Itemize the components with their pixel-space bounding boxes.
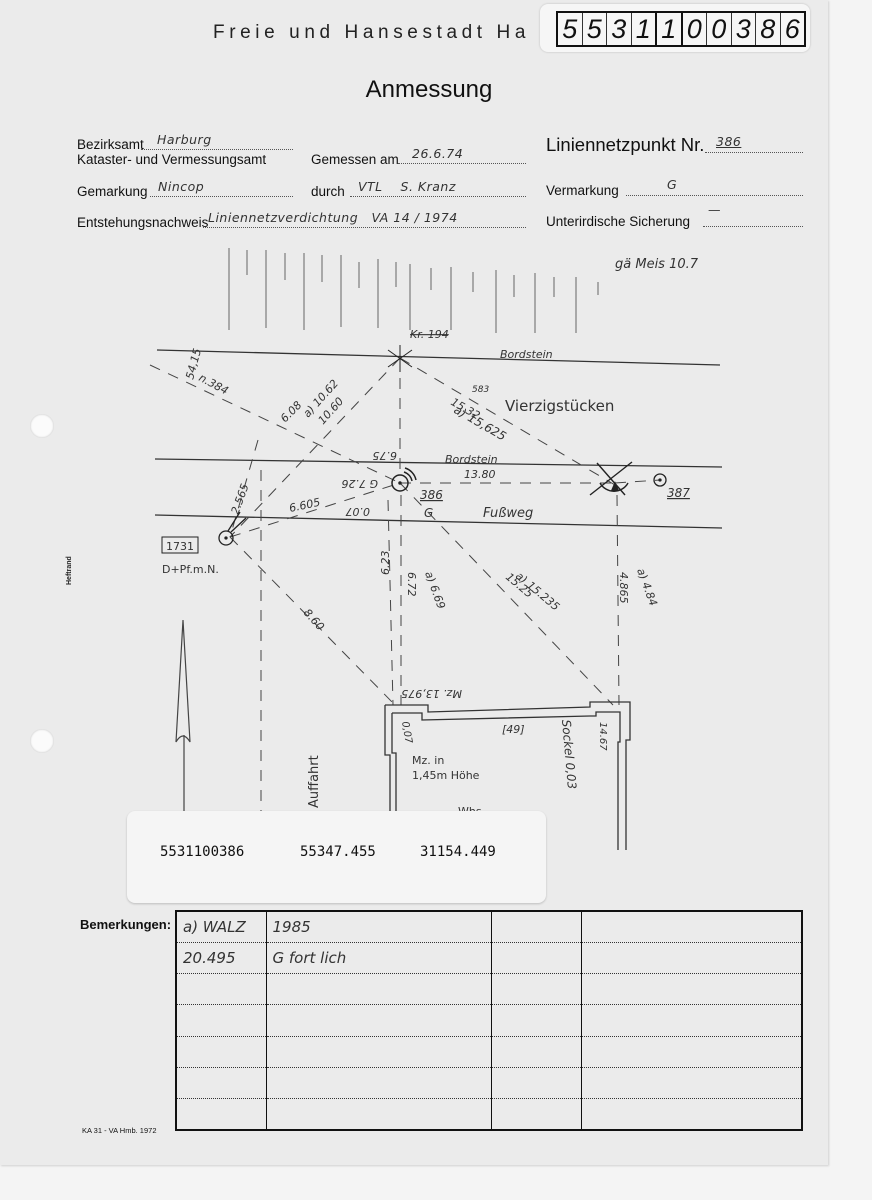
svg-text:Sockel 0,03: Sockel 0,03 [559,719,579,790]
north-arrow-icon [176,620,190,812]
remarks-row: a) WALZ1985 [176,911,802,943]
svg-text:0,07: 0,07 [399,721,414,745]
svg-text:6.72: 6.72 [405,572,418,597]
remarks-cell [491,1036,581,1067]
easting: 55347.455 [300,844,376,860]
curb-line-mid [155,459,722,467]
svg-text:D+Pf.m.N.: D+Pf.m.N. [162,563,219,576]
remarks-cell [581,1036,802,1067]
scale-ticks [229,248,598,333]
remarks-row [176,974,802,1005]
remarks-cell [266,1067,491,1098]
remarks-cell [491,1005,581,1036]
remarks-cell [176,1005,266,1036]
remarks-cell [581,911,802,943]
remarks-cell [491,1098,581,1130]
survey-form-sheet: Freie und Hansestadt Ha 5 5 3 1 1 0 0 3 … [0,0,828,1165]
remarks-row [176,1005,802,1036]
coordinate-label: 5531100386 55347.455 31154.449 [127,811,546,903]
svg-text:G 7.26: G 7.26 [341,477,378,490]
remarks-cell [176,1067,266,1098]
svg-text:6.605: 6.605 [288,496,322,515]
remarks-cell [491,911,581,943]
svg-text:6.75: 6.75 [373,449,398,462]
remarks-row [176,1098,802,1130]
remarks-row [176,1067,802,1098]
remarks-cell [491,943,581,974]
point-id: 5531100386 [160,844,244,860]
remarks-cell [176,974,266,1005]
remarks-cell: 20.495 [176,943,266,974]
remarks-cell [581,1098,802,1130]
svg-text:0.07: 0.07 [346,505,371,518]
remarks-cell [266,974,491,1005]
remarks-row: 20.495G fort lich [176,943,802,974]
svg-text:a) 4.84: a) 4.84 [634,567,660,608]
remarks-cell [581,1067,802,1098]
remarks-cell: 1985 [266,911,491,943]
sidewalk-line [155,515,722,528]
kr-point-marker [388,345,412,372]
remarks-cell [581,1005,802,1036]
remarks-cell [176,1036,266,1067]
remarks-row [176,1036,802,1067]
svg-text:G: G [424,506,433,520]
remarks-cell [491,1067,581,1098]
svg-text:13.80: 13.80 [464,468,496,481]
remarks-label: Bemerkungen: [80,917,171,932]
svg-text:Kr. 194: Kr. 194 [410,328,449,341]
remarks-cell [491,974,581,1005]
svg-text:a) 6.69: a) 6.69 [422,570,448,611]
remarks-cell [176,1098,266,1130]
crossed-point [590,462,632,495]
form-code: KA 31 - VA Hmb. 1972 [82,1126,157,1135]
curb-line-top [157,350,720,365]
svg-text:1731: 1731 [166,540,194,553]
svg-text:Fußweg: Fußweg [483,506,533,521]
svg-text:4.865: 4.865 [617,572,630,604]
remarks-cell: G fort lich [266,943,491,974]
svg-text:6.23: 6.23 [379,551,392,576]
svg-text:8.60: 8.60 [301,606,327,633]
svg-text:Bordstein: Bordstein [445,453,498,466]
svg-text:386: 386 [420,488,443,502]
remarks-cell [581,974,802,1005]
svg-text:[49]: [49] [502,723,525,736]
svg-text:Auffahrt: Auffahrt [307,755,322,808]
street-name: Vierzigstücken [505,397,614,415]
svg-text:14.67: 14.67 [597,722,608,751]
remarks-cell [266,1036,491,1067]
svg-text:2.565: 2.565 [229,482,252,516]
remarks-cell [266,1098,491,1130]
svg-text:583: 583 [472,385,489,395]
remarks-cell: a) WALZ [176,911,266,943]
svg-text:1,45m Höhe: 1,45m Höhe [412,769,480,782]
northing: 31154.449 [420,844,496,860]
remarks-cell [581,943,802,974]
svg-text:n.384: n.384 [197,371,231,397]
svg-text:Mz. 13,975: Mz. 13,975 [401,687,462,700]
svg-text:387: 387 [667,486,690,500]
remarks-cell [266,1005,491,1036]
signature: gä Meis 10.7 [615,257,699,272]
remarks-table: a) WALZ198520.495G fort lich [175,910,803,1131]
svg-text:Mz. in: Mz. in [412,754,444,767]
svg-text:Bordstein: Bordstein [500,348,553,361]
svg-text:a) 15,625: a) 15,625 [452,402,509,443]
